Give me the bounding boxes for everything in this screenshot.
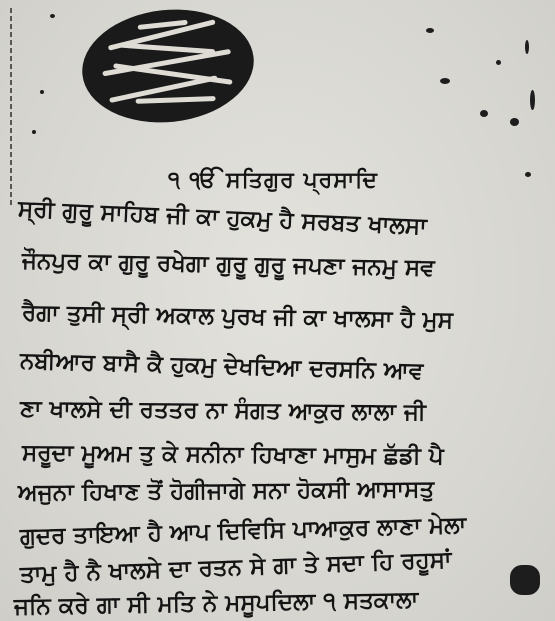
text-line-8: ਗੁਦਰ ਤਾਇਆ ਹੈ ਆਪ ਦਿਵਿਸਿ ਪਾਆਕੁਰ ਲਾਣਾ ਮੇਲਾ xyxy=(20,512,467,550)
text-line-4: ਨਬੀਆਰ ਬਾਸੈ ਕੈ ਹੁਕਮੁ ਦੇਖਦਿਆ ਦਰਸਨਿ ਆਵ xyxy=(20,348,424,385)
scan-speckle xyxy=(440,78,450,84)
text-line-7: ਅਜੁਨਾ ਹਿਖਾਣ ਤੋਂ ਹੋਗੀਜਾਗੇ ਸਨਾ ਹੋਕਸੀ ਆਸਾਸਤ… xyxy=(18,476,434,506)
text-line-10: ਜਨਿ ਕਰੇ ਗਾ ਸੀ ਮਤਿ ਨੇ ਮਸੂਪਦਿਲਾ ੧ ਸਤਕਾਲਾ xyxy=(14,587,419,620)
scan-speckle xyxy=(50,14,55,18)
text-line-3: ਰੈਗਾ ਤੁਸੀ ਸ੍ਰੀ ਅਕਾਲ ਪੁਰਖ ਜੀ ਕਾ ਖਾਲਸਾ ਹੈ … xyxy=(22,300,453,334)
scan-speckle xyxy=(525,172,531,177)
text-line-9: ਤਾਮੁ ਹੈ ਨੈ ਖਾਲਸੇ ਦਾ ਰਤਨ ਸੇ ਗਾ ਤੇ ਸਦਾ ਹਿ … xyxy=(20,547,452,588)
text-line-2: ਜੌਨਪੁਰ ਕਾ ਗੁਰੂ ਰਖੇਗਾ ਗੁਰੂ ਗੁਰੂ ਜਪਣਾ ਜਨਮੁ… xyxy=(22,248,435,281)
ink-blot xyxy=(510,565,540,595)
scan-speckle xyxy=(496,60,501,65)
scan-speckle xyxy=(32,130,36,134)
text-line-6: ਸਰੂਦਾ ਮੂਅਮ ਤੁ ਕੇ ਸਨੀਨਾ ਹਿਖਾਣਾ ਮਾਸੁਮ ਛੱਡੀ… xyxy=(22,440,444,470)
scan-speckle xyxy=(426,28,434,33)
invocation-heading: ੧ ੴ ਸਤਿਗੁਰ ਪ੍ਰਸਾਦਿ xyxy=(168,168,378,193)
text-line-5: ਣਾ ਖਾਲਸੇ ਦੀ ਰਤਤਰ ਨਾ ਸੰਗਤ ਆਕੁਰ ਲਾਲਾ ਜੀ xyxy=(20,396,426,426)
scan-speckle xyxy=(480,110,488,117)
scan-speckle xyxy=(510,118,519,126)
scan-speckle xyxy=(40,90,44,94)
scan-speckle xyxy=(530,90,535,110)
scanned-page: seal inscription (Persian calligraphy, i… xyxy=(0,0,555,621)
persian-seal: seal inscription (Persian calligraphy, i… xyxy=(77,1,260,130)
text-line-1: ਸ੍ਰੀ ਗੁਰੂ ਸਾਹਿਬ ਜੀ ਕਾ ਹੁਕਮੁ ਹੈ ਸਰਬਤ ਖਾਲਸ… xyxy=(17,196,427,240)
scan-speckle xyxy=(525,40,529,54)
margin-rule xyxy=(10,8,12,208)
